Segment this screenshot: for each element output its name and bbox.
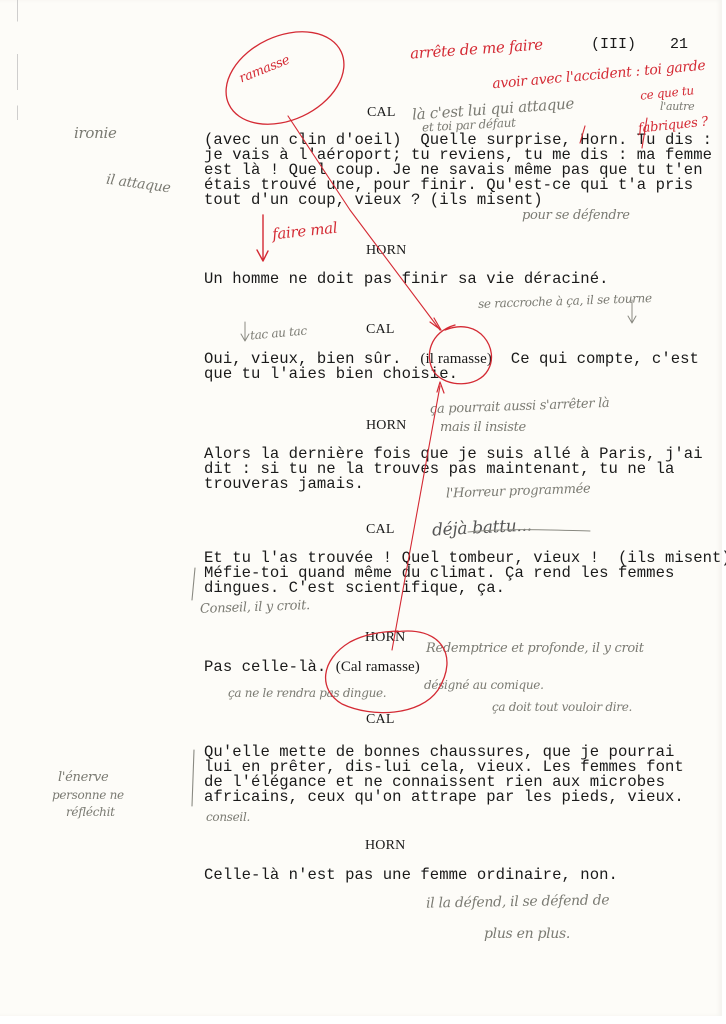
pencil-note: conseil.: [206, 810, 250, 824]
page-edge-shadow: [17, 0, 18, 120]
pencil-note: réfléchit: [66, 805, 115, 819]
speaker-name: CAL: [366, 522, 395, 538]
dialogue-line: que tu l'aies bien choisie.: [204, 367, 458, 382]
pencil-note: personne ne: [52, 788, 124, 802]
dialogue-line: Un homme ne doit pas finir sa vie déraci…: [204, 272, 609, 287]
pencil-note: Redemptrice et profonde, il y croit: [426, 641, 644, 656]
pencil-note: ironie: [74, 124, 117, 142]
red-note: arrête de me faire: [410, 35, 544, 62]
pencil-note: mais il insiste: [440, 420, 526, 435]
circled-annotation-word: ramasse: [237, 53, 292, 87]
dialogue-text: Ce qui compte, c'est: [492, 350, 699, 368]
pencil-note: l'autre: [660, 100, 694, 113]
red-note: faire mal: [271, 219, 338, 244]
script-page: (III) 21 CAL (avec un clin d'oeil) Quell…: [0, 0, 722, 1016]
pencil-note: ça doit tout vouloir dire.: [492, 700, 632, 714]
pencil-note: désigné au comique.: [424, 678, 544, 692]
page-number: 21: [670, 36, 688, 53]
dialogue-text: Pas celle-là.: [204, 658, 336, 676]
pencil-note: tac au tac: [249, 324, 307, 343]
pencil-note: plus en plus.: [484, 926, 570, 942]
speaker-name: CAL: [367, 105, 396, 121]
stage-direction: (Cal ramasse): [336, 659, 420, 675]
pencil-note: il la défend, il se défend de: [426, 892, 610, 911]
speaker-name: HORN: [365, 630, 405, 646]
pencil-note: l'Horreur programmée: [446, 481, 591, 501]
pencil-note: l'énerve: [58, 770, 108, 785]
speaker-name: CAL: [366, 712, 395, 728]
dialogue-line: Celle-là n'est pas une femme ordinaire, …: [204, 868, 618, 883]
speaker-name: HORN: [366, 418, 406, 434]
dialogue-line: dingues. C'est scientifique, ça.: [204, 581, 505, 596]
speaker-name: CAL: [366, 322, 395, 338]
dialogue-line: tout d'un coup, vieux ? (ils misent): [204, 193, 543, 208]
pencil-note: il attaque: [105, 172, 171, 197]
pencil-note: ça pourrait aussi s'arrêter là: [430, 396, 610, 417]
speaker-name: HORN: [365, 838, 405, 854]
dialogue-line: Pas celle-là. (Cal ramasse): [204, 660, 420, 675]
dialogue-line: trouveras jamais.: [204, 477, 364, 492]
speaker-name: HORN: [366, 243, 406, 259]
pencil-note: se raccroche à ça, il se tourne: [478, 291, 652, 311]
pencil-note: pour se défendre: [522, 208, 630, 223]
pencil-note: ça ne le rendra pas dingue.: [228, 686, 386, 700]
pencil-note: Conseil, il y croit.: [200, 598, 310, 617]
pencil-note: déjà battu...: [432, 515, 533, 540]
dialogue-line: africains, ceux qu'on attrape par les pi…: [204, 790, 684, 805]
act-number: (III): [591, 36, 636, 53]
